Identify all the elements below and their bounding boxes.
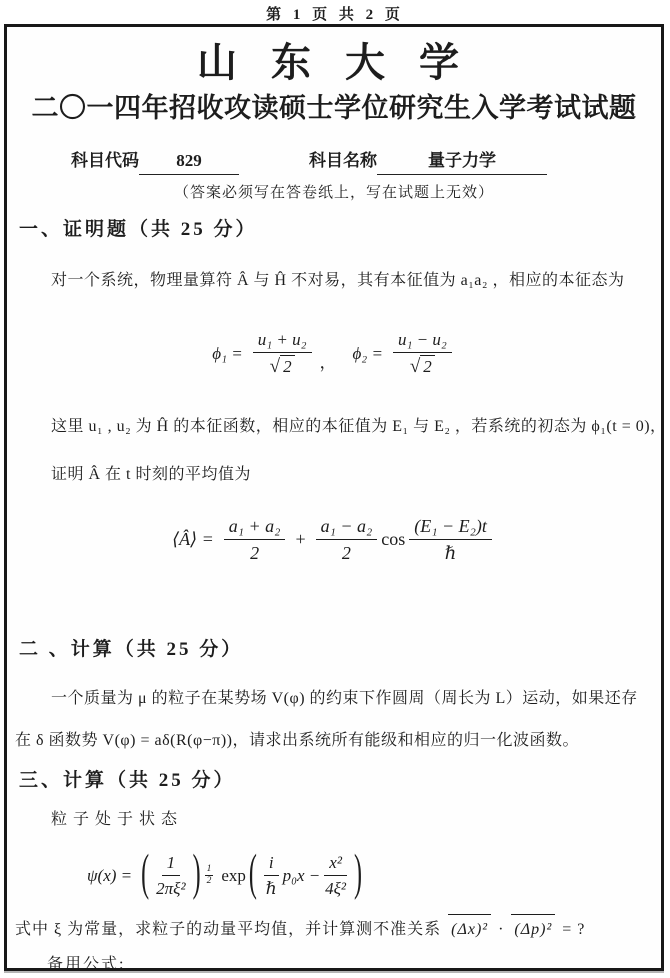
exp-function: exp: [221, 866, 246, 886]
open-paren: (: [249, 848, 257, 905]
formula-separator: ，: [320, 348, 337, 373]
spare-formulas-label: 备用公式:: [47, 954, 661, 971]
open-paren: (: [141, 848, 149, 905]
phi2-lhs: ϕ₂ =: [353, 344, 383, 364]
university-title: 山 东 大 学: [7, 39, 661, 87]
cos-function: cos: [381, 529, 405, 550]
close-paren: ): [193, 848, 201, 905]
avg-frac1-den: 2: [250, 540, 259, 565]
question2-paragraph1: 一个质量为 μ 的粒子在某势场 V(φ) 的约束下作圆周（周长为 L）运动，如果…: [51, 685, 661, 713]
avg-frac3-den: ℏ: [445, 540, 457, 565]
avg-fraction3: (E₁ − E₂)t ℏ: [409, 515, 492, 565]
psi-gauss-den: 4ξ²: [325, 876, 346, 899]
exponent-den: 2: [207, 876, 212, 887]
question3-intro: 粒子处于状态: [51, 806, 661, 834]
question1-paragraph1: 对一个系统，物理量算符 Â 与 Ĥ 不对易，其有本征值为 a₁a₂ ，相应的本征…: [51, 267, 661, 295]
plus-operator: +: [295, 529, 305, 550]
page-indicator: 第 1 页 共 2 页: [0, 0, 670, 21]
delta-p-squared-overline: (Δp)²: [511, 914, 555, 944]
avg-frac2-num: a₁ − a₂: [316, 515, 378, 541]
phi2-numerator: u₁ − u₂: [393, 329, 452, 353]
formula-wavefunction: ψ(x) = ( 1 2πξ² ) 1 2 exp ( i ℏ p₀x − x²…: [87, 846, 661, 906]
avg-fraction2: a₁ − a₂ 2: [316, 515, 378, 565]
psi-phase-den: ℏ: [266, 876, 277, 899]
avg-frac3-num: (E₁ − E₂)t: [409, 515, 492, 541]
sqrt-arg: 2: [280, 355, 295, 377]
sqrt-sign: √: [270, 356, 280, 377]
psi-amp-den: 2πξ²: [156, 876, 185, 899]
subject-line: 科目代码829科目名称量子力学: [7, 149, 661, 175]
scanned-exam-document: { "header": { "page_indicator": "第 1 页 共…: [0, 0, 670, 978]
equals-question: = ?: [562, 921, 585, 938]
formula-average-value: ⟨Â⟩ = a₁ + a₂ 2 + a₁ − a₂ 2 cos (E₁ − E₂…: [7, 505, 661, 575]
one-half-exponent: 1 2: [205, 864, 214, 887]
avg-frac2-den: 2: [342, 540, 351, 565]
avg-fraction1: a₁ + a₂ 2: [224, 515, 286, 565]
phi2-fraction: u₁ − u₂ √2: [393, 329, 452, 379]
avg-lhs: ⟨Â⟩ =: [172, 529, 214, 550]
avg-frac1-num: a₁ + a₂: [224, 515, 286, 541]
exam-title: 二〇一四年招收攻读硕士学位研究生入学考试试题: [7, 91, 661, 127]
phi1-denominator: √2: [270, 353, 295, 379]
question2-heading: 二 、计算（共 25 分）: [19, 637, 661, 663]
closing-text: 式中 ξ 为常量，求粒子的动量平均值，并计算测不准关系: [15, 921, 441, 938]
psi-amp-num: 1: [162, 852, 181, 876]
psi-middle-term: p₀x −: [283, 866, 321, 886]
dot-operator: ·: [498, 921, 504, 938]
sqrt-sign: √: [410, 356, 420, 377]
phi1-lhs: ϕ₁ =: [212, 344, 242, 364]
close-paren: ): [354, 848, 362, 905]
question1-heading: 一、证明题（共 25 分）: [19, 217, 661, 243]
subject-code-value: 829: [139, 149, 239, 175]
answer-notice: （答案必须写在答卷纸上，写在试题上无效）: [7, 183, 661, 204]
psi-phase-num: i: [264, 852, 279, 876]
phi1-fraction: u₁ + u₂ √2: [253, 329, 312, 379]
delta-x-squared-overline: (Δx)²: [448, 914, 491, 944]
phi2-denominator: √2: [410, 353, 435, 379]
question2-paragraph2: 在 δ 函数势 V(φ) = aδ(R(φ−π))，请求出系统所有能级和相应的归…: [15, 727, 661, 755]
phi1-numerator: u₁ + u₂: [253, 329, 312, 353]
exam-sheet-border: 山 东 大 学 二〇一四年招收攻读硕士学位研究生入学考试试题 科目代码829科目…: [4, 24, 664, 971]
subject-code-label: 科目代码: [71, 151, 139, 170]
formula-eigenstates: ϕ₁ = u₁ + u₂ √2 ， ϕ₂ = u₁ − u₂ √2: [7, 323, 661, 385]
psi-gauss-num: x²: [324, 852, 347, 876]
psi-gaussian-fraction: x² 4ξ²: [324, 852, 347, 900]
psi-phase-fraction: i ℏ: [264, 852, 279, 900]
question3-closing-line: 式中 ξ 为常量，求粒子的动量平均值，并计算测不准关系 (Δx)² · (Δp)…: [15, 914, 661, 944]
subject-name-label: 科目名称: [309, 151, 377, 170]
question1-paragraph2a: 这里 u₁ , u₂ 为 Ĥ 的本征函数，相应的本征值为 E₁ 与 E₂ ，若系…: [51, 413, 661, 441]
question1-paragraph2b: 证明 Â 在 t 时刻的平均值为: [51, 461, 661, 489]
subject-name-value: 量子力学: [377, 149, 547, 175]
psi-lhs: ψ(x) =: [87, 866, 132, 886]
question3-heading: 三、计算（共 25 分）: [19, 768, 661, 794]
psi-amplitude-fraction: 1 2πξ²: [156, 852, 185, 900]
exponent-num: 1: [205, 864, 214, 876]
sqrt-arg: 2: [420, 355, 435, 377]
